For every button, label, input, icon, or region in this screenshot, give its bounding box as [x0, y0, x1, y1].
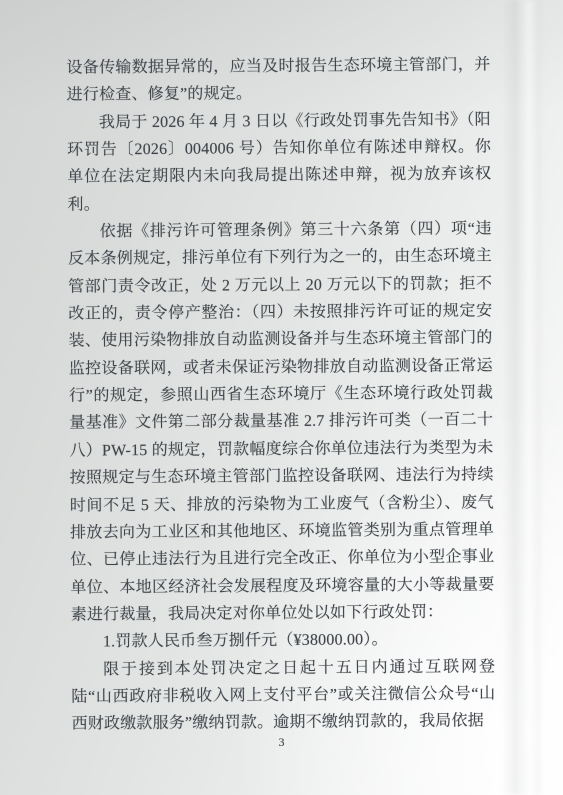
paper-crease-shadow	[503, 0, 541, 795]
paragraph-prior-notice: 我局于 2026 年 4 月 3 日以《行政处罚事先告知书》（阳环罚告〔2026…	[67, 106, 492, 219]
document-text-block: 设备传输数据异常的，应当及时报告生态环境主管部门，并进行检查、修复”的规定。 我…	[66, 51, 495, 738]
scanned-document-page: 设备传输数据异常的，应当及时报告生态环境主管部门，并进行检查、修复”的规定。 我…	[0, 0, 563, 795]
paragraph-legal-basis: 依据《排污许可管理条例》第三十六条第（四）项“违反本条例规定，排污单位有下列行为…	[68, 215, 495, 628]
paragraph-regulation-quote-continuation: 设备传输数据异常的，应当及时报告生态环境主管部门，并进行检查、修复”的规定。	[66, 51, 490, 109]
page-number: 3	[0, 735, 563, 750]
paragraph-penalty-amount: 1.罚款人民币叁万捌仟元（¥38000.00）。	[71, 626, 495, 657]
paragraph-payment-instructions: 限于接到本处罚决定之日起十五日内通过互联网登陆“山西政府非税收入网上支付平台”或…	[71, 653, 496, 738]
